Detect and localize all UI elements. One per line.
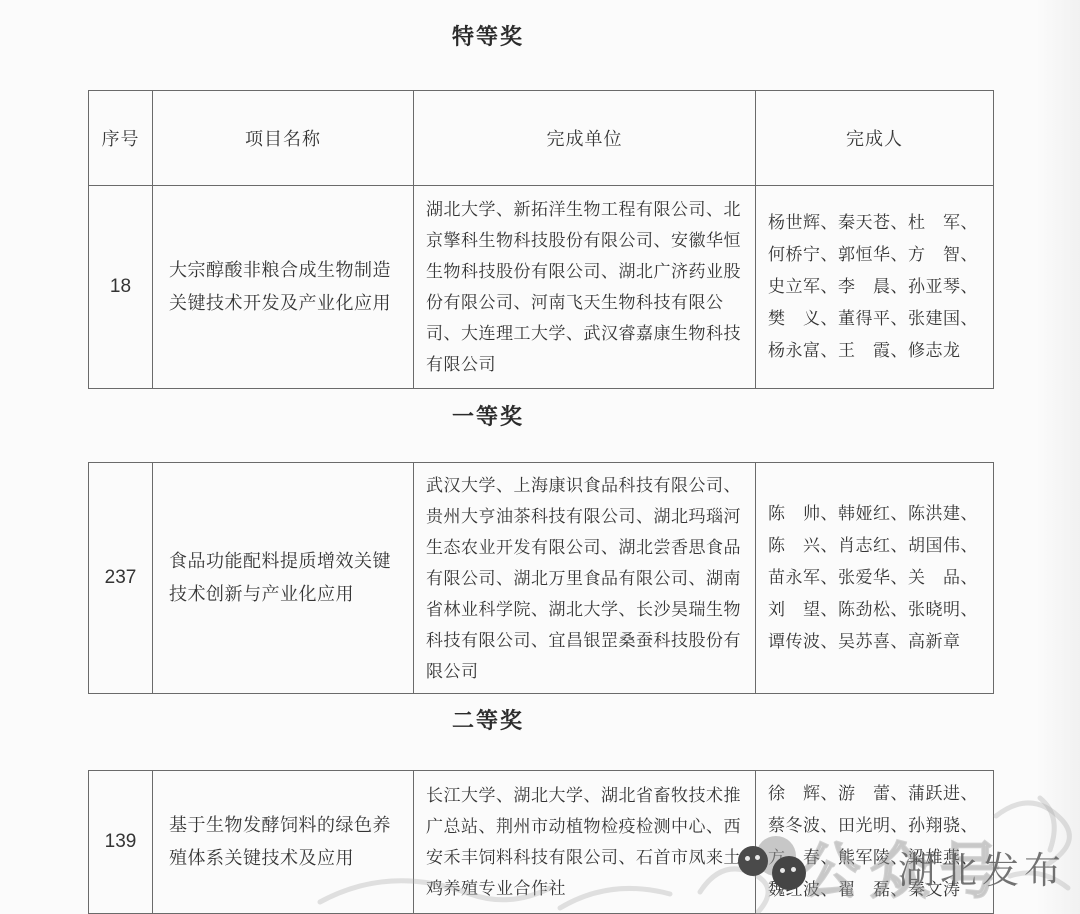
table-row: 139 基于生物发酵饲料的绿色养殖体系关键技术及应用 长江大学、湖北大学、湖北省… (89, 771, 994, 914)
cell-completing-units: 武汉大学、上海康识食品科技有限公司、贵州大亨油茶科技有限公司、湖北玛瑙河生态农业… (414, 463, 756, 694)
cell-completers: 陈 帅、韩娅红、陈洪建、陈 兴、肖志红、胡国伟、苗永军、张爱华、关 品、刘 望、… (756, 463, 994, 694)
cell-completers: 徐 辉、游 蕾、蒲跃进、蔡冬波、田光明、孙翔骁、方 春、熊军陵、梁雄燕、魏红波、… (756, 771, 994, 914)
award-table-special: 序号 项目名称 完成单位 完成人 18 大宗醇酸非粮合成生物制造关键技术开发及产… (88, 90, 994, 389)
cell-project-name: 食品功能配料提质增效关键技术创新与产业化应用 (153, 463, 414, 694)
award-table-second: 139 基于生物发酵饲料的绿色养殖体系关键技术及应用 长江大学、湖北大学、湖北省… (88, 770, 994, 914)
cell-serial-number: 139 (89, 771, 153, 914)
document-page: 特等奖 序号 项目名称 完成单位 完成人 18 大宗醇酸非粮合成生物制造关键技术… (0, 0, 1080, 914)
cell-completing-units: 长江大学、湖北大学、湖北省畜牧技术推广总站、荆州市动植物检疫检测中心、西安禾丰饲… (414, 771, 756, 914)
col-header-serial: 序号 (89, 91, 153, 186)
table-header-row: 序号 项目名称 完成单位 完成人 (89, 91, 994, 186)
cell-serial-number: 18 (89, 186, 153, 389)
table-row: 18 大宗醇酸非粮合成生物制造关键技术开发及产业化应用 湖北大学、新拓洋生物工程… (89, 186, 994, 389)
section-title-first-prize: 一等奖 (0, 400, 1028, 431)
col-header-project: 项目名称 (153, 91, 414, 186)
table-row: 237 食品功能配料提质增效关键技术创新与产业化应用 武汉大学、上海康识食品科技… (89, 463, 994, 694)
section-title-second-prize: 二等奖 (0, 704, 1028, 735)
col-header-people: 完成人 (756, 91, 994, 186)
col-header-units: 完成单位 (414, 91, 756, 186)
award-table-first: 237 食品功能配料提质增效关键技术创新与产业化应用 武汉大学、上海康识食品科技… (88, 462, 994, 694)
cell-completers: 杨世辉、秦天苍、杜 军、何桥宁、郭恒华、方 智、史立军、李 晨、孙亚琴、樊 义、… (756, 186, 994, 389)
cell-serial-number: 237 (89, 463, 153, 694)
cell-completing-units: 湖北大学、新拓洋生物工程有限公司、北京擎科生物科技股份有限公司、安徽华恒生物科技… (414, 186, 756, 389)
section-title-special-prize: 特等奖 (0, 20, 1028, 51)
cell-project-name: 基于生物发酵饲料的绿色养殖体系关键技术及应用 (153, 771, 414, 914)
cell-project-name: 大宗醇酸非粮合成生物制造关键技术开发及产业化应用 (153, 186, 414, 389)
